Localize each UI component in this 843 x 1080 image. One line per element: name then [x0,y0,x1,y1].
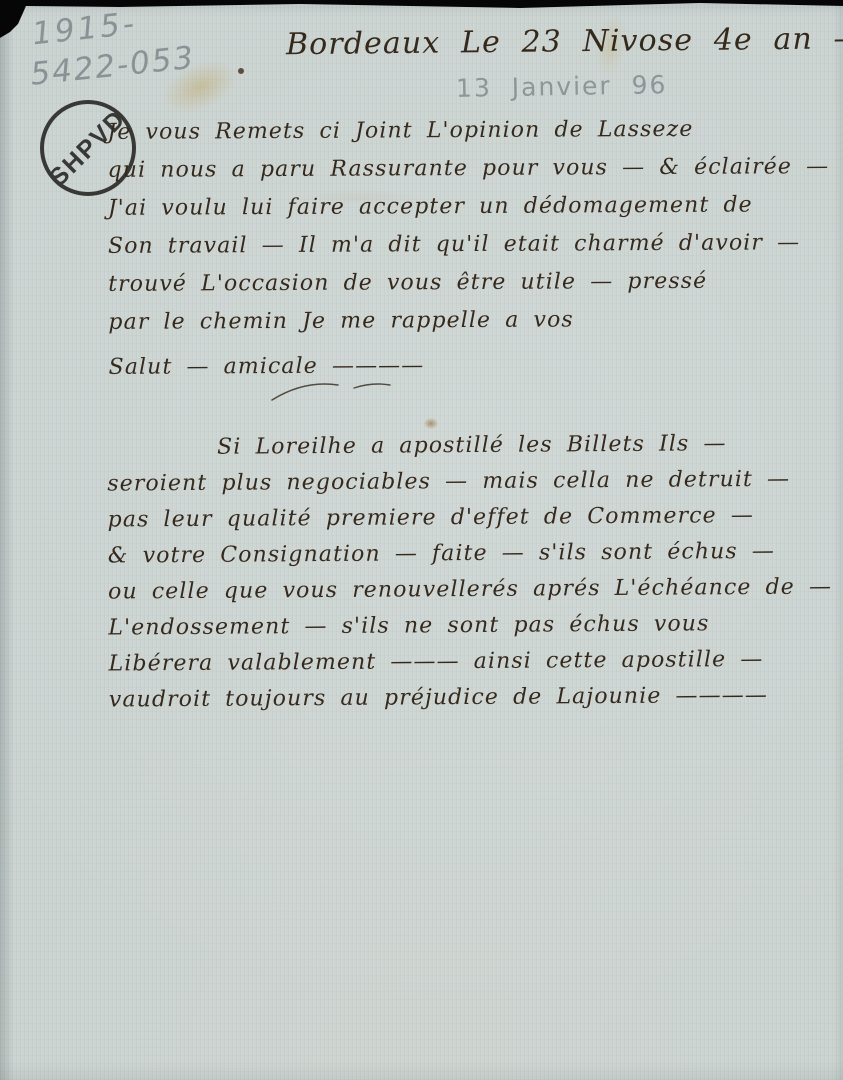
manuscript-line: qui nous a paru Rassurante pour vous — &… [107,148,829,190]
manuscript-line: Salut — amicale ———— [109,345,831,387]
pencil-date: 13 Janvier 96 [456,70,668,103]
manuscript-line: seroient plus negociables — mais cella n… [107,461,831,502]
dateline: Bordeaux Le 23 Nivose 4e an —— [286,21,843,62]
letter-page: 1915- 5422-053 SHPVD Bordeaux Le 23 Nivo… [0,0,843,1080]
manuscript-line: pas leur qualité premiere d'effet de Com… [108,497,832,538]
catalog-number: 1915- 5422-053 [30,0,197,94]
manuscript-line: Si Loreilhe a apostillé les Billets Ils … [107,425,831,466]
manuscript-line: trouvé L'occasion de vous être utile — p… [108,262,830,304]
manuscript-line: par le chemin Je me rappelle a vos [108,300,830,342]
manuscript-line: vaudroit toujours au préjudice de Lajoun… [109,677,833,718]
manuscript-line: & votre Consignation — faite — s'ils son… [108,533,832,574]
manuscript-line: Je vous Remets ci Joint L'opinion de Las… [107,110,829,152]
document-photo: 1915- 5422-053 SHPVD Bordeaux Le 23 Nivo… [0,0,843,1080]
manuscript-line: L'endossement — s'ils ne sont pas échus … [108,605,832,646]
manuscript-line: Libérera valablement ——— ainsi cette apo… [109,641,833,682]
manuscript-line: ou celle que vous renouvellerés aprés L'… [108,569,832,610]
flourish-underline [268,372,418,406]
manuscript-line: J'ai voulu lui faire accepter un dédomag… [108,186,830,228]
letter-paragraph-2: Si Loreilhe a apostillé les Billets Ils … [107,425,833,718]
letter-paragraph-1: Je vous Remets ci Joint L'opinion de Las… [107,110,830,387]
manuscript-line: Son travail — Il m'a dit qu'il etait cha… [108,224,830,266]
ink-dot [238,68,244,74]
